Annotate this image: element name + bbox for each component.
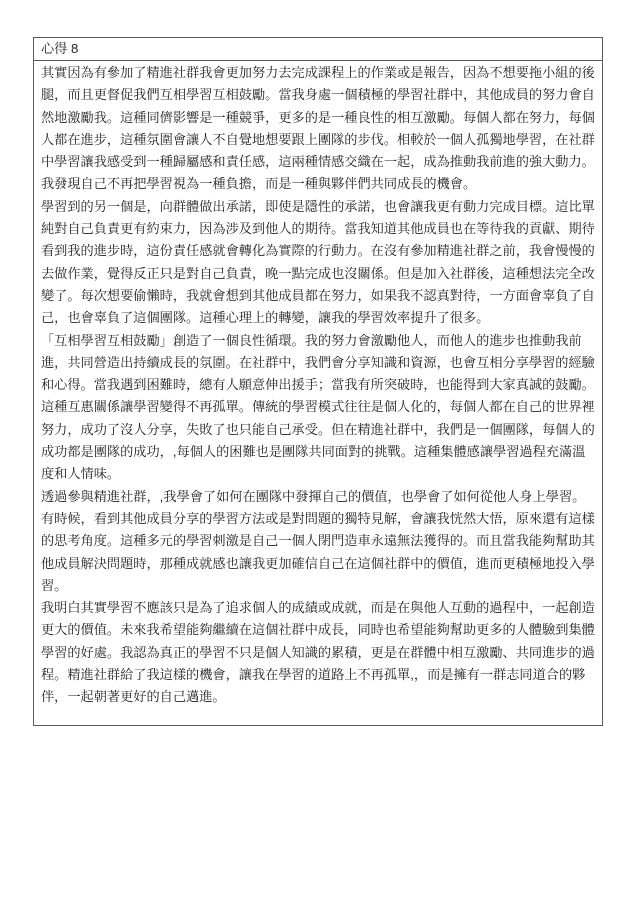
paragraph: 「互相學習互相鼓勵」創造了一個良性循環。我的努力會激勵他人，而他人的進步也推動我… [41,330,596,486]
reflection-paragraphs: 其實因為有參加了精進社群我會更加努力去完成課程上的作業或是報告，因為不想要拖小組… [41,62,596,709]
table-header-cell: 心得 8 [34,38,603,61]
paragraph: 學習到的另一個是，向群體做出承諾，即使是隱性的承諾，也會讓我更有動力完成目標。這… [41,196,596,330]
table-header-row: 心得 8 [34,38,603,61]
reflection-title: 心得 8 [41,41,78,56]
paragraph: 透過參與精進社群，,我學會了如何在團隊中發揮自己的價值，也學會了如何從他人身上學… [41,486,596,597]
document-page: 心得 8 其實因為有參加了精進社群我會更加努力去完成課程上的作業或是報告，因為不… [0,0,640,905]
paragraph: 我明白其實學習不應該只是為了追求個人的成績或成就，而是在與他人互動的過程中，一起… [41,597,596,708]
paragraph: 其實因為有參加了精進社群我會更加努力去完成課程上的作業或是報告，因為不想要拖小組… [41,62,596,196]
reflection-table: 心得 8 其實因為有參加了精進社群我會更加努力去完成課程上的作業或是報告，因為不… [33,37,603,726]
table-body-cell: 其實因為有參加了精進社群我會更加努力去完成課程上的作業或是報告，因為不想要拖小組… [34,61,603,726]
table-body-row: 其實因為有參加了精進社群我會更加努力去完成課程上的作業或是報告，因為不想要拖小組… [34,61,603,726]
